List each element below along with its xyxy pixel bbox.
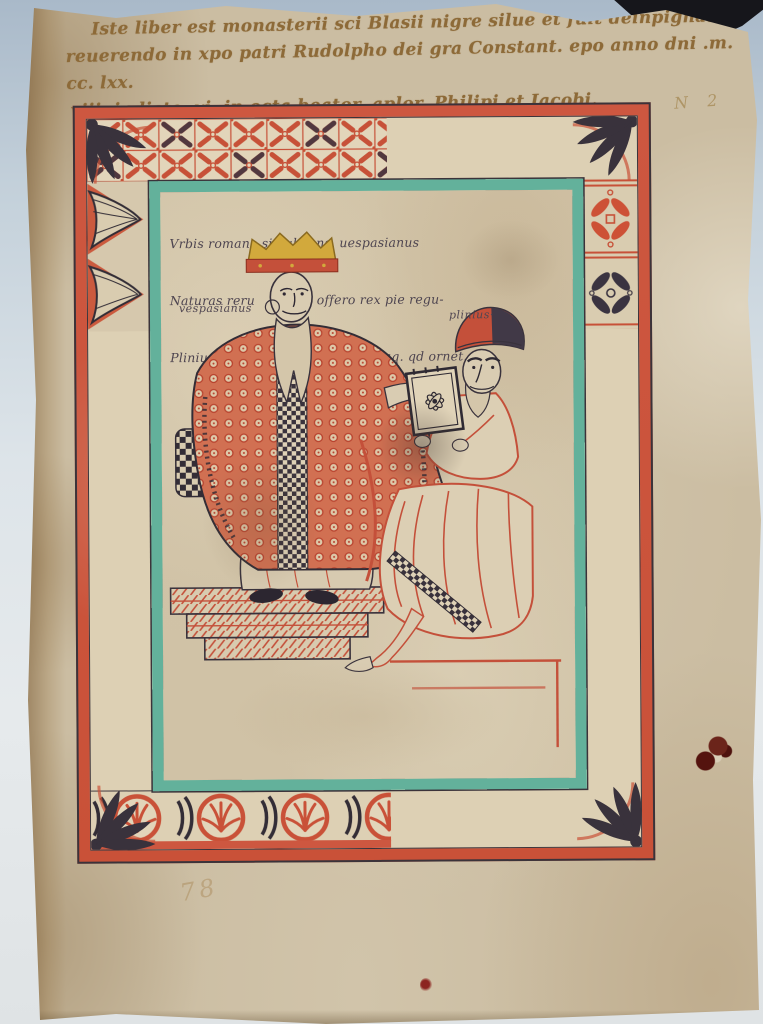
folio-number: 78 bbox=[178, 873, 221, 907]
shelfmark-note: N 2 bbox=[673, 90, 724, 112]
label-vespasianus: vespasianus bbox=[179, 302, 252, 315]
red-ink-spot bbox=[420, 978, 432, 992]
label-plinius: plinius· bbox=[449, 308, 494, 321]
corner-palmette-icon bbox=[565, 116, 637, 188]
manuscript-page: Iste liber est monasterii sci Blasii nig… bbox=[26, 0, 763, 1024]
wax-spot bbox=[692, 728, 734, 778]
pliny-hand bbox=[414, 435, 430, 447]
inner-teal-frame: Vrbis romane simul cons. uespasianus Nat… bbox=[149, 179, 587, 792]
corner-palmette-icon bbox=[91, 777, 163, 849]
miniature-panel: Vrbis romane simul cons. uespasianus Nat… bbox=[160, 190, 576, 781]
miniature-drawing bbox=[160, 190, 576, 780]
bench-lines bbox=[390, 661, 562, 749]
page-edge-shadow bbox=[26, 1010, 763, 1024]
ornament-zone: Vrbis romane simul cons. uespasianus Nat… bbox=[86, 115, 642, 850]
page-spine-edge bbox=[26, 0, 66, 1024]
border-left-acanthus-band bbox=[87, 181, 151, 331]
emperor-head bbox=[270, 272, 312, 322]
book-icon bbox=[406, 364, 464, 436]
pliny-hand bbox=[452, 439, 468, 451]
illuminated-border-frame: Vrbis romane simul cons. uespasianus Nat… bbox=[73, 102, 656, 864]
corner-palmette-icon bbox=[87, 119, 159, 191]
border-right-rosette-band bbox=[582, 178, 638, 328]
corner-palmette-icon bbox=[569, 774, 641, 846]
crown-icon bbox=[246, 232, 338, 272]
pliny-head bbox=[463, 349, 501, 393]
photographed-manuscript: Iste liber est monasterii sci Blasii nig… bbox=[0, 0, 763, 1024]
